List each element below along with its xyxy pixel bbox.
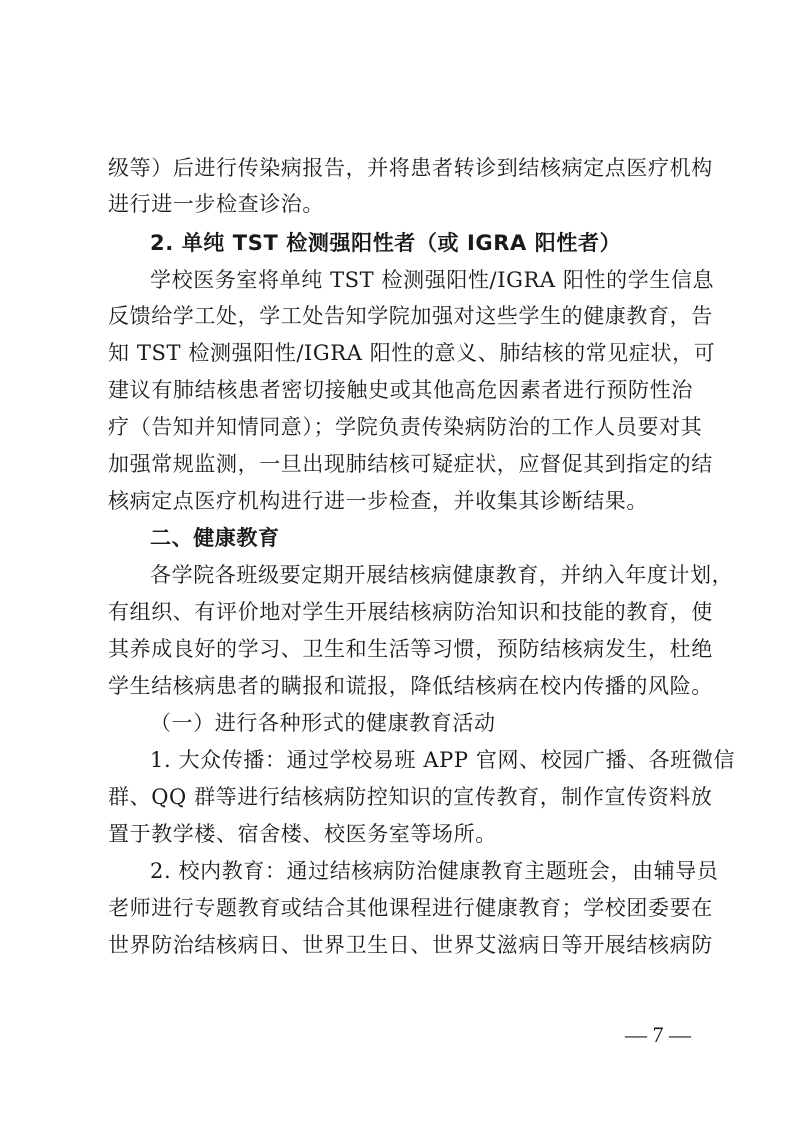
body-line: 学校医务室将单纯 TST 检测强阳性/IGRA 阳性的学生信息 [150,266,693,294]
document-page: 级等）后进行传染病报告，并将患者转诊到结核病定点医疗机构 进行进一步检查诊治。 … [0,0,793,1122]
body-line: 反馈给学工处，学工处告知学院加强对这些学生的健康教育，告 [108,302,693,330]
body-line: 进行进一步检查诊治。 [108,190,693,218]
body-line: 级等）后进行传染病报告，并将患者转诊到结核病定点医疗机构 [108,154,693,182]
page-number: — 7 — [625,1022,691,1048]
body-line: 世界防治结核病日、世界卫生日、世界艾滋病日等开展结核病防 [108,931,693,959]
body-line: 置于教学楼、宿舍楼、校医务室等场所。 [108,820,693,848]
body-line: 各学院各班级要定期开展结核病健康教育，并纳入年度计划， [150,561,693,589]
body-line: 核病定点医疗机构进行进一步检查，并收集其诊断结果。 [108,487,693,515]
body-line: 1. 大众传播：通过学校易班 APP 官网、校园广播、各班微信 [150,746,693,774]
body-line: 知 TST 检测强阳性/IGRA 阳性的意义、肺结核的常见症状，可 [108,339,693,367]
body-line: 学生结核病患者的瞒报和谎报，降低结核病在校内传播的风险。 [108,672,693,700]
body-line: 有组织、有评价地对学生开展结核病防治知识和技能的教育，使 [108,598,693,626]
body-line: 疗（告知并知情同意）；学院负责传染病防治的工作人员要对其 [108,413,693,441]
body-line: 群、QQ 群等进行结核病防控知识的宣传教育，制作宣传资料放 [108,783,693,811]
subheading-tst-positive: 2. 单纯 TST 检测强阳性者（或 IGRA 阳性者） [150,229,693,257]
body-line: 2. 校内教育：通过结核病防治健康教育主题班会，由辅导员 [150,857,693,885]
section-heading-health-education: 二、健康教育 [150,524,693,552]
body-line: 建议有肺结核患者密切接触史或其他高危因素者进行预防性治 [108,376,693,404]
subheading-activities: （一）进行各种形式的健康教育活动 [150,709,693,737]
body-line: 加强常规监测，一旦出现肺结核可疑症状，应督促其到指定的结 [108,450,693,478]
body-line: 其养成良好的学习、卫生和生活等习惯，预防结核病发生，杜绝 [108,635,693,663]
body-line: 老师进行专题教育或结合其他课程进行健康教育；学校团委要在 [108,894,693,922]
